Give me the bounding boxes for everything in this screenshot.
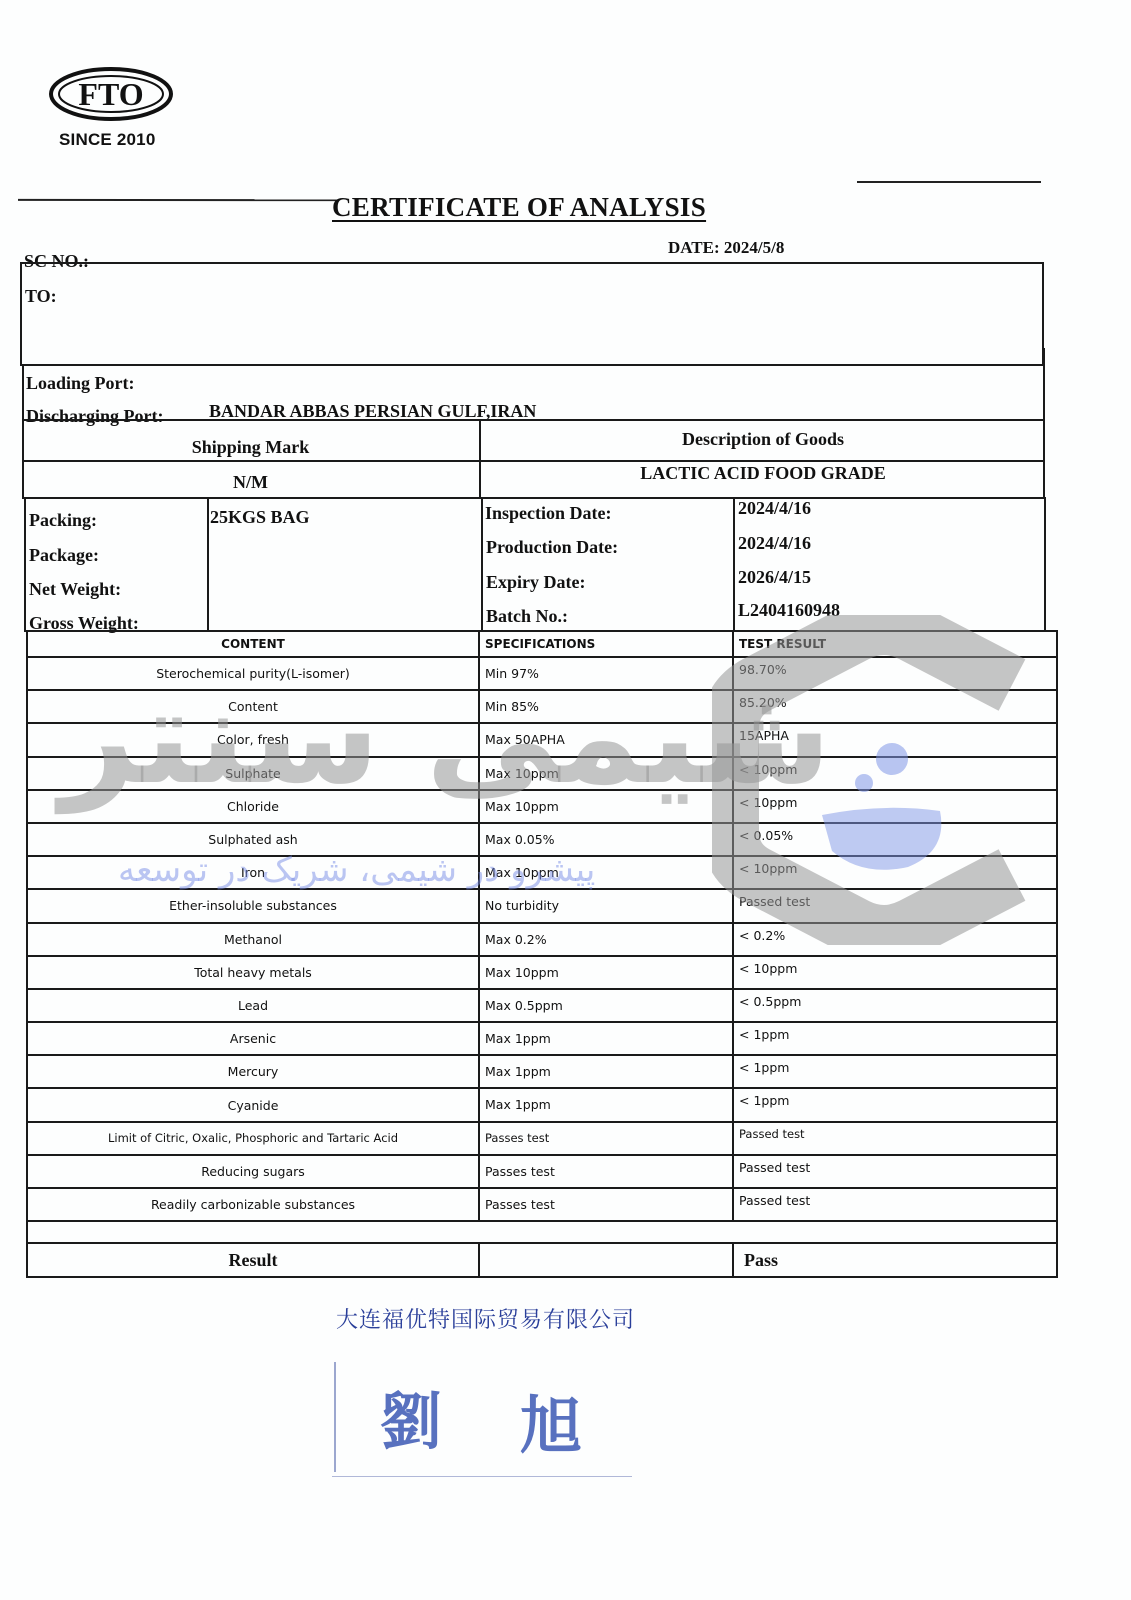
spec-cell: Min 85% bbox=[479, 690, 733, 723]
result-label: Result bbox=[27, 1243, 479, 1277]
content-cell: Arsenic bbox=[27, 1022, 479, 1055]
result-cell: < 1ppm bbox=[733, 1088, 1057, 1121]
description-label: Description of Goods bbox=[481, 429, 1045, 450]
spec-cell: Min 97% bbox=[479, 657, 733, 690]
spec-cell: Passes test bbox=[479, 1188, 733, 1221]
inspection-date-value: 2024/4/16 bbox=[738, 498, 811, 519]
spec-cell: Max 10ppm bbox=[479, 856, 733, 889]
shipping-mark-label: Shipping Mark bbox=[22, 437, 479, 458]
table-row: Readily carbonizable substancesPasses te… bbox=[27, 1188, 1057, 1221]
result-value: Pass bbox=[733, 1243, 1057, 1277]
document-title: CERTIFICATE OF ANALYSIS bbox=[332, 192, 706, 223]
to-label: TO: bbox=[25, 286, 57, 307]
content-cell: Mercury bbox=[27, 1055, 479, 1088]
production-date-label: Production Date: bbox=[486, 537, 618, 558]
spec-cell: Max 1ppm bbox=[479, 1088, 733, 1121]
company-stamp-text: 大连福优特国际贸易有限公司 bbox=[336, 1303, 635, 1334]
table-row: Ether-insoluble substancesNo turbidityPa… bbox=[27, 889, 1057, 922]
net-weight-label: Net Weight: bbox=[29, 579, 121, 600]
signature-char-1: 劉 bbox=[380, 1372, 442, 1461]
spec-cell: Passes test bbox=[479, 1122, 733, 1155]
batch-no-value: L2404160948 bbox=[738, 600, 840, 621]
content-cell: Lead bbox=[27, 989, 479, 1022]
spec-cell: No turbidity bbox=[479, 889, 733, 922]
package-label: Package: bbox=[29, 545, 99, 566]
analysis-table: CONTENT SPECIFICATIONS TEST RESULT Stero… bbox=[26, 630, 1058, 1278]
batch-no-label: Batch No.: bbox=[486, 606, 568, 627]
content-cell: Methanol bbox=[27, 923, 479, 956]
result-cell: Passed test bbox=[733, 1155, 1057, 1188]
content-cell: Chloride bbox=[27, 790, 479, 823]
content-cell: Cyanide bbox=[27, 1088, 479, 1121]
result-cell: < 10ppm bbox=[733, 856, 1057, 889]
stamp-border bbox=[332, 1476, 632, 1477]
svg-text:FTO: FTO bbox=[78, 76, 143, 112]
result-cell: Passed test bbox=[733, 1122, 1057, 1155]
spec-cell: Max 0.05% bbox=[479, 823, 733, 856]
result-cell: 98.70% bbox=[733, 657, 1057, 690]
result-row: Result Pass bbox=[27, 1243, 1057, 1277]
certificate-page: FTO SINCE 2010 CERTIFICATE OF ANALYSIS D… bbox=[0, 0, 1131, 1600]
to-box bbox=[20, 262, 1044, 366]
result-cell: 85.20% bbox=[733, 690, 1057, 723]
content-cell: Ether-insoluble substances bbox=[27, 889, 479, 922]
table-row: Reducing sugarsPasses testPassed test bbox=[27, 1155, 1057, 1188]
column-divider bbox=[207, 497, 209, 632]
to-box-bottom bbox=[20, 364, 1044, 366]
expiry-date-value: 2026/4/15 bbox=[738, 567, 811, 588]
content-cell: Reducing sugars bbox=[27, 1155, 479, 1188]
result-cell: < 0.5ppm bbox=[733, 989, 1057, 1022]
inspection-date-label: Inspection Date: bbox=[485, 503, 612, 524]
packing-value: 25KGS BAG bbox=[210, 507, 310, 528]
table-row: Total heavy metalsMax 10ppm< 10ppm bbox=[27, 956, 1057, 989]
date-value: 2024/5/8 bbox=[724, 238, 784, 257]
table-row: IronMax 10ppm< 10ppm bbox=[27, 856, 1057, 889]
content-cell: Sterochemical purity(L-isomer) bbox=[27, 657, 479, 690]
table-row: CyanideMax 1ppm< 1ppm bbox=[27, 1088, 1057, 1121]
table-body: Sterochemical purity(L-isomer)Min 97%98.… bbox=[27, 657, 1057, 1221]
spec-cell: Max 0.5ppm bbox=[479, 989, 733, 1022]
header-divider bbox=[18, 199, 338, 201]
description-value: LACTIC ACID FOOD GRADE bbox=[481, 463, 1045, 484]
table-row: ChlorideMax 10ppm< 10ppm bbox=[27, 790, 1057, 823]
content-cell: Color, fresh bbox=[27, 723, 479, 756]
result-cell: < 1ppm bbox=[733, 1022, 1057, 1055]
result-cell: < 0.05% bbox=[733, 823, 1057, 856]
result-cell: < 10ppm bbox=[733, 790, 1057, 823]
date-field: DATE: 2024/5/8 bbox=[668, 238, 784, 258]
stamp-border bbox=[334, 1362, 336, 1472]
result-spacer bbox=[479, 1243, 733, 1277]
table-row: Limit of Citric, Oxalic, Phosphoric and … bbox=[27, 1122, 1057, 1155]
date-label: DATE: bbox=[668, 238, 720, 257]
header-specifications: SPECIFICATIONS bbox=[479, 631, 733, 657]
spec-cell: Max 1ppm bbox=[479, 1022, 733, 1055]
content-cell: Sulphate bbox=[27, 757, 479, 790]
production-date-value: 2024/4/16 bbox=[738, 533, 811, 554]
table-row: Color, freshMax 50APHA15APHA bbox=[27, 723, 1057, 756]
spec-cell: Passes test bbox=[479, 1155, 733, 1188]
result-cell: < 10ppm bbox=[733, 956, 1057, 989]
table-row: ArsenicMax 1ppm< 1ppm bbox=[27, 1022, 1057, 1055]
column-divider bbox=[733, 497, 735, 632]
spec-cell: Max 0.2% bbox=[479, 923, 733, 956]
frame-left bbox=[22, 364, 24, 420]
content-cell: Readily carbonizable substances bbox=[27, 1188, 479, 1221]
result-cell: Passed test bbox=[733, 889, 1057, 922]
content-cell: Sulphated ash bbox=[27, 823, 479, 856]
shipping-mark-value: N/M bbox=[22, 472, 479, 493]
result-cell: Passed test bbox=[733, 1188, 1057, 1221]
table-row: Sulphated ashMax 0.05%< 0.05% bbox=[27, 823, 1057, 856]
expiry-date-label: Expiry Date: bbox=[486, 572, 585, 593]
table-row: LeadMax 0.5ppm< 0.5ppm bbox=[27, 989, 1057, 1022]
table-header-row: CONTENT SPECIFICATIONS TEST RESULT bbox=[27, 631, 1057, 657]
table-row: ContentMin 85%85.20% bbox=[27, 690, 1057, 723]
packing-label: Packing: bbox=[29, 510, 97, 531]
content-cell: Iron bbox=[27, 856, 479, 889]
spec-cell: Max 10ppm bbox=[479, 790, 733, 823]
column-divider bbox=[481, 497, 483, 632]
spec-cell: Max 10ppm bbox=[479, 956, 733, 989]
loading-port-label: Loading Port: bbox=[26, 373, 135, 394]
table-row: MercuryMax 1ppm< 1ppm bbox=[27, 1055, 1057, 1088]
result-cell: 15APHA bbox=[733, 723, 1057, 756]
table-row: MethanolMax 0.2%< 0.2% bbox=[27, 923, 1057, 956]
spec-cell: Max 50APHA bbox=[479, 723, 733, 756]
result-cell: < 1ppm bbox=[733, 1055, 1057, 1088]
spacer-row bbox=[27, 1221, 1057, 1243]
since-text: SINCE 2010 bbox=[59, 130, 156, 150]
content-cell: Limit of Citric, Oxalic, Phosphoric and … bbox=[27, 1122, 479, 1155]
table-row: Sterochemical purity(L-isomer)Min 97%98.… bbox=[27, 657, 1057, 690]
company-logo-icon: FTO bbox=[48, 66, 174, 122]
header-divider bbox=[857, 181, 1041, 183]
frame-right bbox=[1043, 348, 1045, 420]
result-cell: < 10ppm bbox=[733, 757, 1057, 790]
content-cell: Content bbox=[27, 690, 479, 723]
result-cell: < 0.2% bbox=[733, 923, 1057, 956]
header-content: CONTENT bbox=[27, 631, 479, 657]
row-divider bbox=[22, 460, 1045, 462]
spec-cell: Max 10ppm bbox=[479, 757, 733, 790]
signature-stamp: 劉 旭 bbox=[332, 1352, 638, 1478]
signature-char-2: 旭 bbox=[520, 1376, 582, 1465]
content-cell: Total heavy metals bbox=[27, 956, 479, 989]
table-row: SulphateMax 10ppm< 10ppm bbox=[27, 757, 1057, 790]
spec-cell: Max 1ppm bbox=[479, 1055, 733, 1088]
header-test-result: TEST RESULT bbox=[733, 631, 1057, 657]
